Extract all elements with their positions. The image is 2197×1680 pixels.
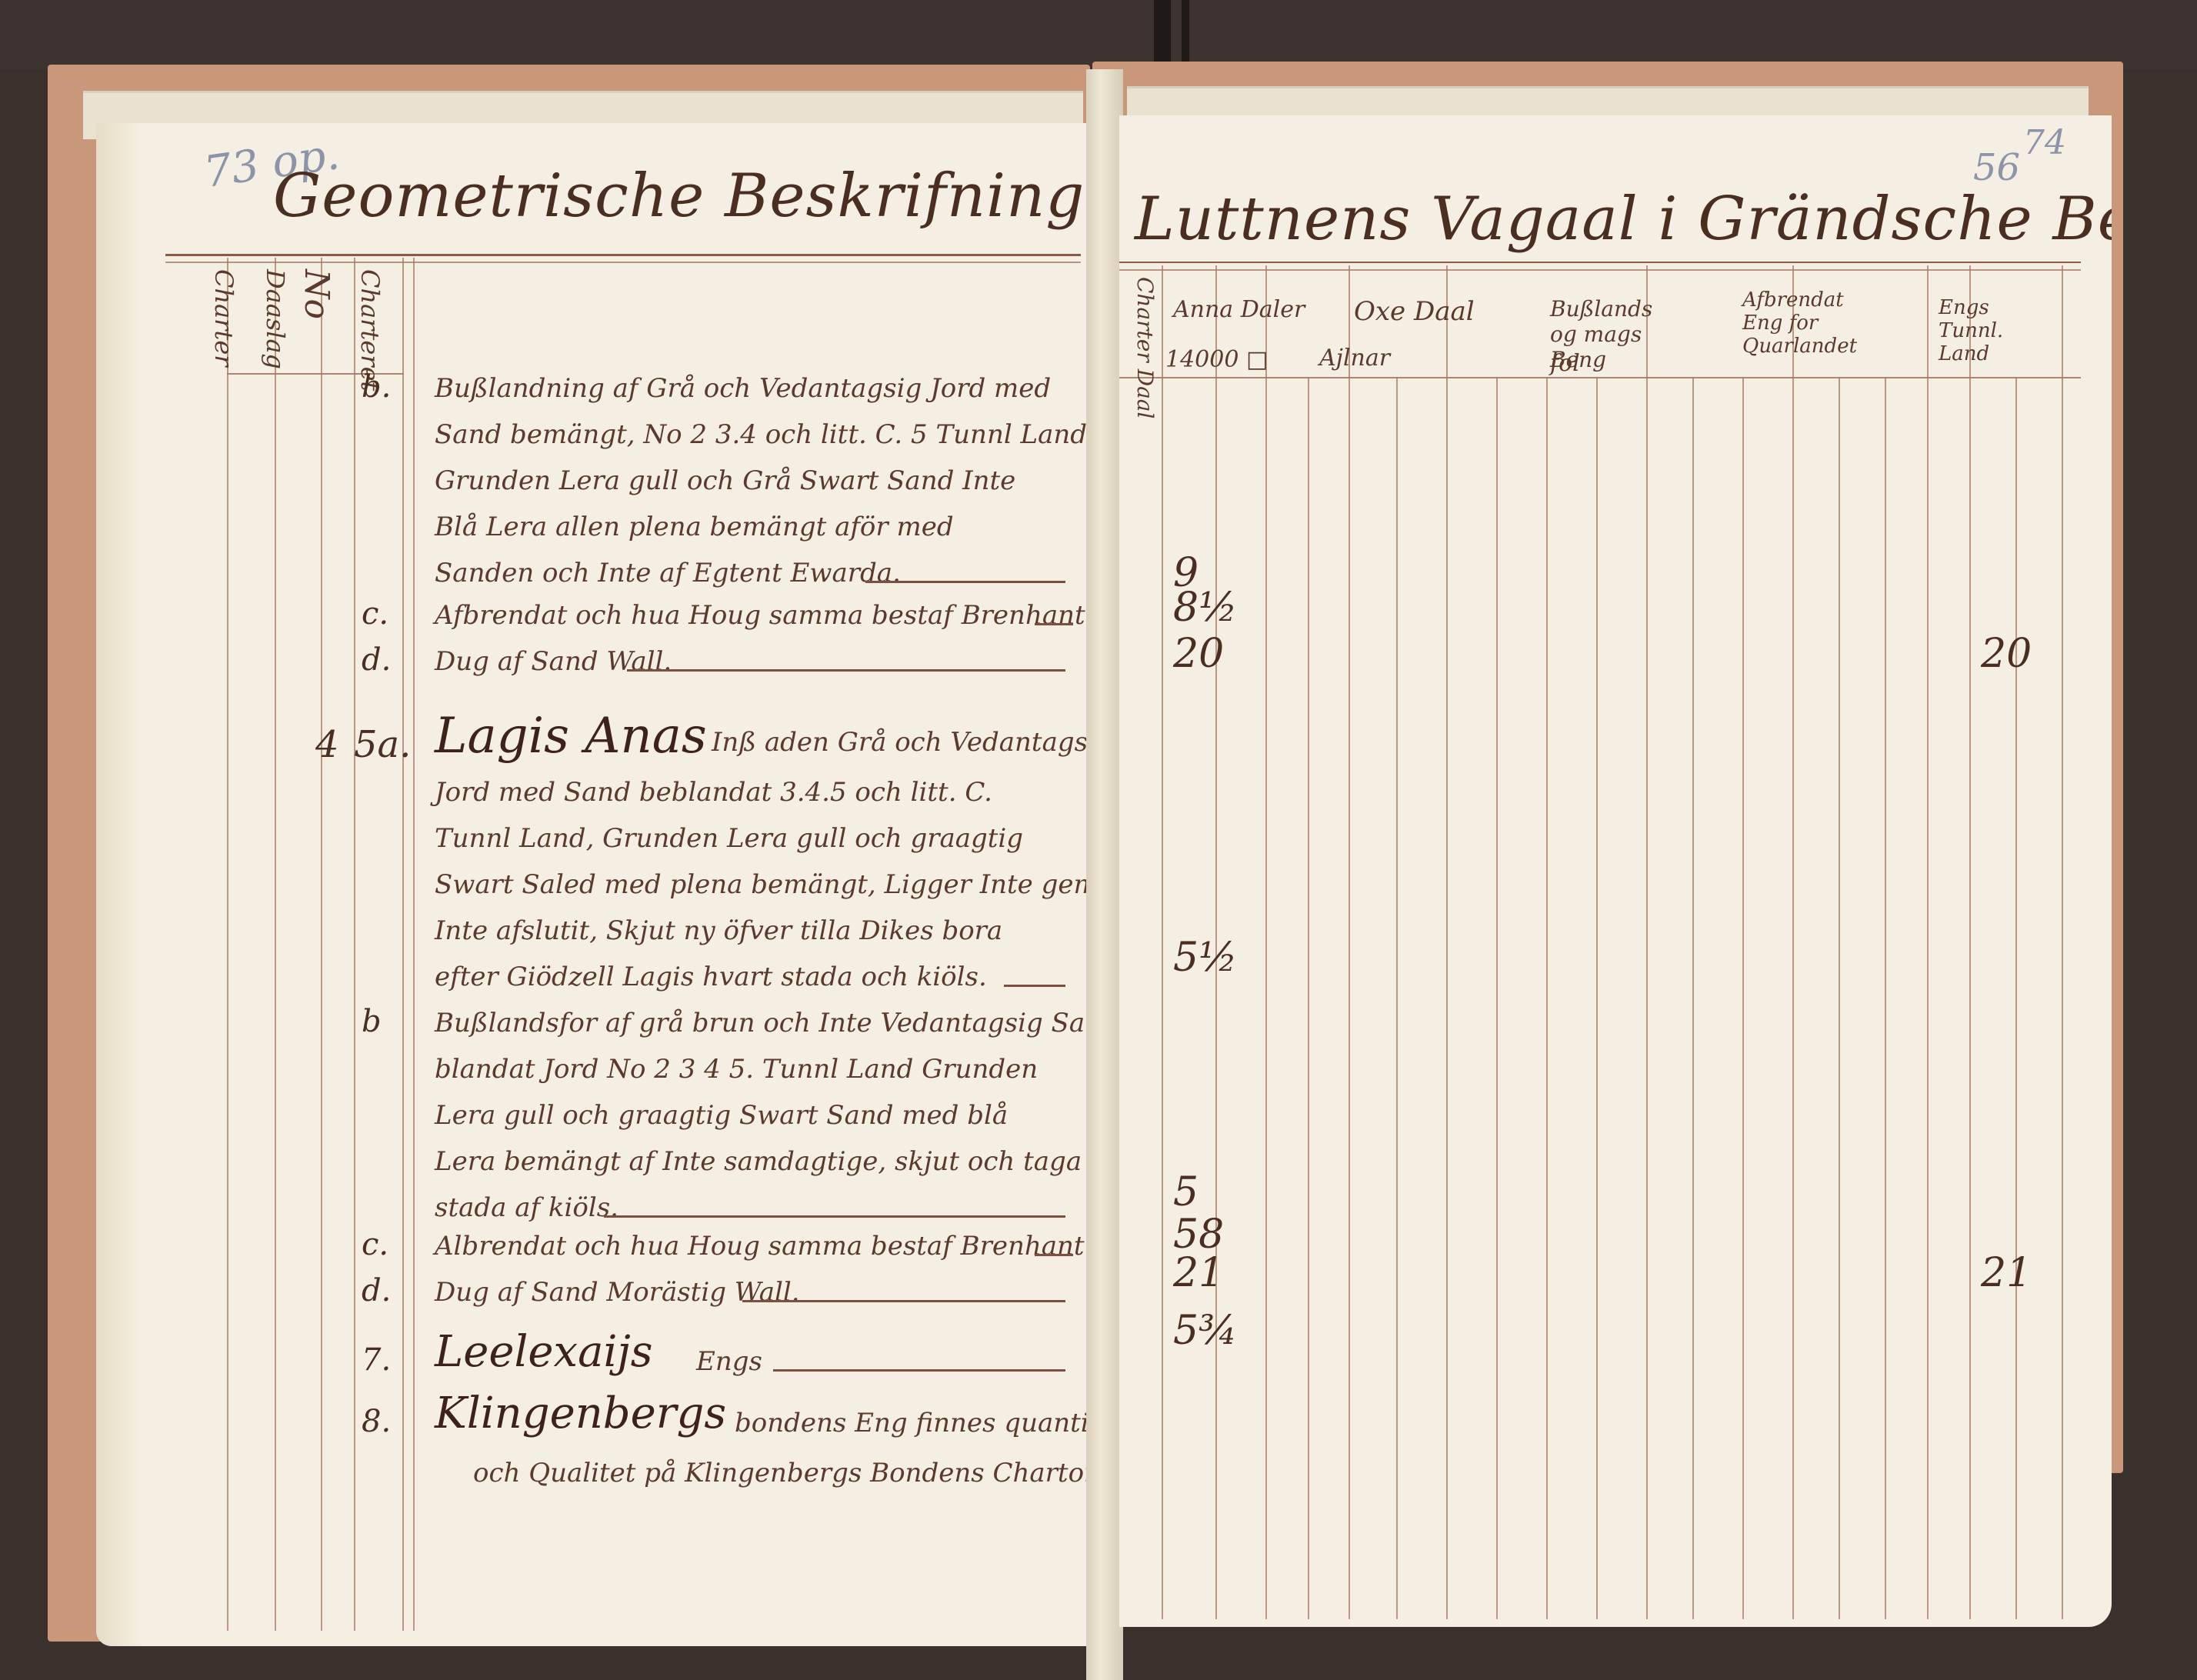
- row-text-line: stada af kiöls.: [435, 1192, 618, 1223]
- row-prefix: 4: [315, 723, 339, 766]
- line-end-dash: [1035, 1254, 1073, 1256]
- background-top: [0, 0, 2197, 69]
- column-line: [1446, 265, 1448, 1619]
- column-line: [227, 258, 228, 1631]
- left-page: 73 op. Geometrische Beskrifning öfver Ch…: [96, 123, 1088, 1646]
- column-line: [321, 258, 322, 1631]
- entry-name: Lagis Anas: [435, 708, 707, 765]
- column-header-afbrendat: Afbrendat Eng for Quarlandet: [1742, 288, 1850, 358]
- row-label: b: [362, 1004, 382, 1039]
- value-cell: 5: [1173, 1169, 1199, 1215]
- row-label: c.: [362, 1227, 388, 1262]
- row-label: b.: [362, 369, 391, 405]
- line-end-dash: [773, 1369, 1065, 1372]
- line-end-dash: [604, 1215, 1065, 1218]
- row-text-line: Swart Saled med plena bemängt, Ligger In…: [435, 869, 1088, 900]
- column-line: [1646, 265, 1648, 1619]
- value-cell: 5½: [1173, 935, 1237, 981]
- subheader-rule: [1119, 377, 2081, 378]
- column-line: [1742, 377, 1744, 1619]
- column-header-daaslag: Daaslag: [261, 269, 290, 369]
- row-label: d.: [362, 1273, 391, 1308]
- line-end-dash: [865, 581, 1065, 583]
- line-end-dash: [1035, 623, 1073, 625]
- row-text-line: Engs: [696, 1346, 762, 1377]
- row-text-line: Jord med Sand beblandat 3.4.5 och litt. …: [435, 777, 992, 808]
- row-text-line: Grunden Lera gull och Grå Swart Sand Int…: [435, 465, 1015, 496]
- row-text-line: Lera gull och graagtig Swart Sand med bl…: [435, 1100, 1008, 1131]
- column-line: [1308, 377, 1309, 1619]
- column-line: [402, 258, 404, 1631]
- header-rule: [165, 254, 1081, 256]
- row-text-line: och Qualitet på Klingenbergs Bondens Cha…: [473, 1458, 1088, 1488]
- left-page-edge-shadow: [96, 123, 142, 1646]
- subheader-col3: fol: [1550, 350, 1580, 377]
- header-rule-2: [1119, 269, 2081, 271]
- row-text-line: efter Giödzell Lagis hvart stada och kiö…: [435, 962, 987, 992]
- column-header-oxe-daal: Oxe Daal: [1354, 296, 1475, 327]
- subheader-unit: Ajlnar: [1319, 345, 1390, 372]
- value-cell: 21: [1173, 1250, 1224, 1296]
- column-line: [1792, 265, 1794, 1619]
- row-label: 7.: [362, 1342, 391, 1378]
- book-gutter: [1086, 69, 1123, 1680]
- pencil-folio-right-a: 56: [1973, 146, 2020, 189]
- row-text-line: Afbrendat och hua Houg samma bestaf Bren…: [435, 600, 1085, 631]
- row-label: d.: [362, 642, 391, 678]
- value-cell: 20: [1981, 631, 2032, 677]
- line-end-dash: [627, 669, 1065, 672]
- column-line: [1969, 265, 1971, 1619]
- right-page: 56 74 Luttnens Vagaal i Grändsche Bekel.…: [1119, 115, 2112, 1627]
- right-page-title: Luttnens Vagaal i Grändsche Bekel.: [1135, 185, 2112, 254]
- header-rule: [1119, 262, 2081, 263]
- row-label: 5a.: [354, 723, 411, 766]
- left-page-title: Geometrische Beskrifning öfver: [273, 162, 1088, 231]
- row-label: 8.: [362, 1404, 391, 1439]
- column-line: [354, 258, 355, 1631]
- column-line: [413, 258, 415, 1631]
- column-line: [2062, 265, 2063, 1619]
- value-cell: 8½: [1173, 585, 1237, 631]
- row-text-line: Bußlandsfor af grå brun och Inte Vedanta…: [435, 1008, 1088, 1038]
- row-text-line: Lera bemängt af Inte samdagtige, skjut o…: [435, 1146, 1082, 1177]
- column-line: [1349, 265, 1350, 1619]
- row-text-line: Bußlandning af Grå och Vedantagsig Jord …: [435, 373, 1051, 404]
- column-header-anna-daler: Anna Daler: [1173, 296, 1305, 323]
- header-rule-2: [165, 262, 1081, 263]
- column-line: [1885, 377, 1886, 1619]
- column-header-charter-daal: Charter Daal: [1132, 277, 1158, 418]
- column-line: [1546, 377, 1548, 1619]
- line-end-dash: [742, 1300, 1065, 1302]
- column-line: [1692, 377, 1694, 1619]
- column-line: [1162, 265, 1163, 1619]
- row-text-line: Albrendat och hua Houg samma bestaf Bren…: [435, 1231, 1085, 1262]
- row-text-line: Blå Lera allen plena bemängt aför med: [435, 512, 954, 542]
- row-text-line: Inte afslutit, Skjut ny öfver tilla Dike…: [435, 915, 1002, 946]
- row-label: c.: [362, 596, 388, 632]
- row-text-line: Inß aden Grå och Vedantagsig: [712, 727, 1088, 758]
- value-cell: 5¾: [1173, 1308, 1237, 1354]
- row-text-line: blandat Jord No 2 3 4 5. Tunnl Land Grun…: [435, 1054, 1038, 1085]
- value-cell: 20: [1173, 631, 1224, 677]
- column-line: [1596, 377, 1598, 1619]
- column-header-number: No: [297, 269, 336, 319]
- value-cell: 21: [1981, 1250, 2032, 1296]
- line-end-dash: [1004, 985, 1065, 987]
- subheader-area: 14000 □: [1165, 346, 1268, 373]
- column-line: [1496, 377, 1498, 1619]
- column-line: [1396, 377, 1398, 1619]
- row-text-line: bondens Eng finnes quantitet: [735, 1408, 1088, 1438]
- column-line: [275, 258, 276, 1631]
- row-text-line: Dug af Sand Wall.: [435, 646, 672, 677]
- entry-name: Leelexaijs: [435, 1327, 653, 1377]
- entry-name: Klingenbergs: [435, 1388, 726, 1438]
- row-text-line: Sanden och Inte af Egtent Ewarda.: [435, 558, 901, 588]
- row-text-line: Tunnl Land, Grunden Lera gull och graagt…: [435, 823, 1023, 854]
- column-line: [2015, 377, 2017, 1619]
- pencil-folio-right-b: 74: [2023, 123, 2066, 162]
- column-header-engs: Engs Tunnl. Land: [1939, 296, 2031, 365]
- column-header-charter: Charter: [209, 269, 238, 367]
- column-line: [1927, 265, 1929, 1619]
- row-text-line: Dug af Sand Morästig Wall.: [435, 1277, 800, 1308]
- column-line: [1839, 377, 1840, 1619]
- column-line: [1265, 265, 1267, 1619]
- row-text-line: Sand bemängt, No 2 3.4 och litt. C. 5 Tu…: [435, 419, 1087, 450]
